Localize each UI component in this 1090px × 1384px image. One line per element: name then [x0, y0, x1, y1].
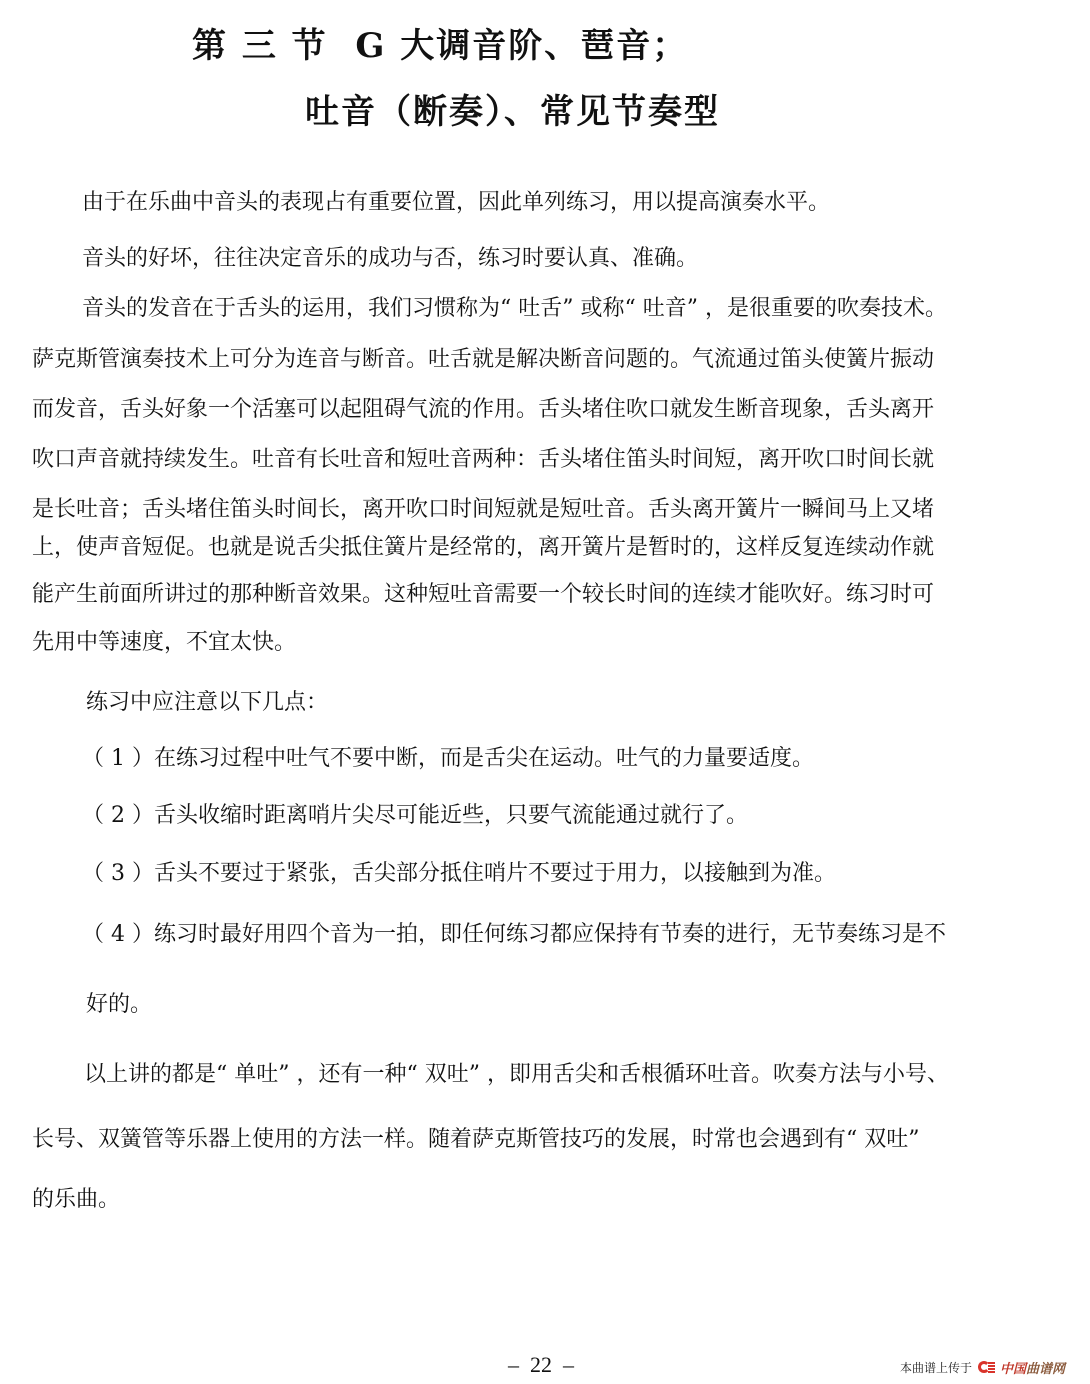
- closing-line: 长号、双簧管等乐器上使用的方法一样。随着萨克斯管技巧的发展，时常也会遇到有“ 双…: [32, 1125, 920, 1155]
- paragraph-line: 由于在乐曲中音头的表现占有重要位置，因此单列练习，用以提高演奏水平。: [82, 188, 830, 218]
- paragraph-line: 萨克斯管演奏技术上可分为连音与断音。吐舌就是解决断音问题的。气流通过笛头使簧片振…: [32, 345, 934, 375]
- page-number: – 22 –: [508, 1352, 574, 1378]
- paragraph-line: 先用中等速度，不宜太快。: [32, 628, 296, 658]
- list-item-point-2: （ 2 ）舌头收缩时距离哨片尖尽可能近些，只要气流能通过就行了。: [82, 801, 748, 831]
- site-logo-icon: [978, 1361, 996, 1375]
- list-item-point-4-cont: 好的。: [86, 990, 152, 1020]
- brand-part-a: 中国: [1000, 1362, 1026, 1377]
- paragraph-line: 是长吐音；舌头堵住笛头时间长，离开吹口时间短就是短吐音。舌头离开簧片一瞬间马上又…: [32, 495, 934, 525]
- closing-line: 的乐曲。: [32, 1185, 120, 1215]
- paragraph-line: 音头的好坏，往往决定音乐的成功与否，练习时要认真、准确。: [82, 244, 698, 274]
- paragraph-line: 吹口声音就持续发生。吐音有长吐音和短吐音两种：舌头堵住笛头时间短，离开吹口时间长…: [32, 445, 934, 475]
- watermark: 本曲谱上传于 中国曲谱网: [900, 1358, 1065, 1377]
- list-item-point-1: （ 1 ）在练习过程中吐气不要中断，而是舌尖在运动。吐气的力量要适度。: [82, 744, 814, 774]
- paragraph-line: 能产生前面所讲过的那种断音效果。这种短吐音需要一个较长时间的连续才能吹好。练习时…: [32, 580, 934, 610]
- paragraph-line: 上，使声音短促。也就是说舌尖抵住簧片是经常的，离开簧片是暂时的，这样反复连续动作…: [32, 533, 934, 563]
- section-title-line2: 吐音（断奏）、常见节奏型: [305, 84, 1090, 133]
- list-item-point-3: （ 3 ）舌头不要过于紧张，舌尖部分抵住哨片不要过于用力，以接触到为准。: [82, 859, 836, 889]
- points-intro: 练习中应注意以下几点：: [86, 688, 328, 718]
- list-item-point-4: （ 4 ）练习时最好用四个音为一拍，即任何练习都应保持有节奏的进行，无节奏练习是…: [82, 920, 946, 950]
- watermark-brand: 中国曲谱网: [1000, 1358, 1065, 1377]
- brand-part-b: 曲谱网: [1026, 1362, 1065, 1377]
- paragraph-line: 而发音，舌头好象一个活塞可以起阻碍气流的作用。舌头堵住吹口就发生断音现象，舌头离…: [32, 395, 934, 425]
- watermark-text: 本曲谱上传于: [900, 1359, 972, 1376]
- closing-line: 以上讲的都是“ 单吐” ，还有一种“ 双吐” ，即用舌尖和舌根循环吐音。吹奏方法…: [84, 1060, 949, 1090]
- paragraph-line: 音头的发音在于舌头的运用，我们习惯称为“ 吐舌” 或称“ 吐音” ，是很重要的吹…: [82, 294, 947, 324]
- section-title-line1: 第 三 节 G 大调音阶、琶音；: [192, 18, 1090, 67]
